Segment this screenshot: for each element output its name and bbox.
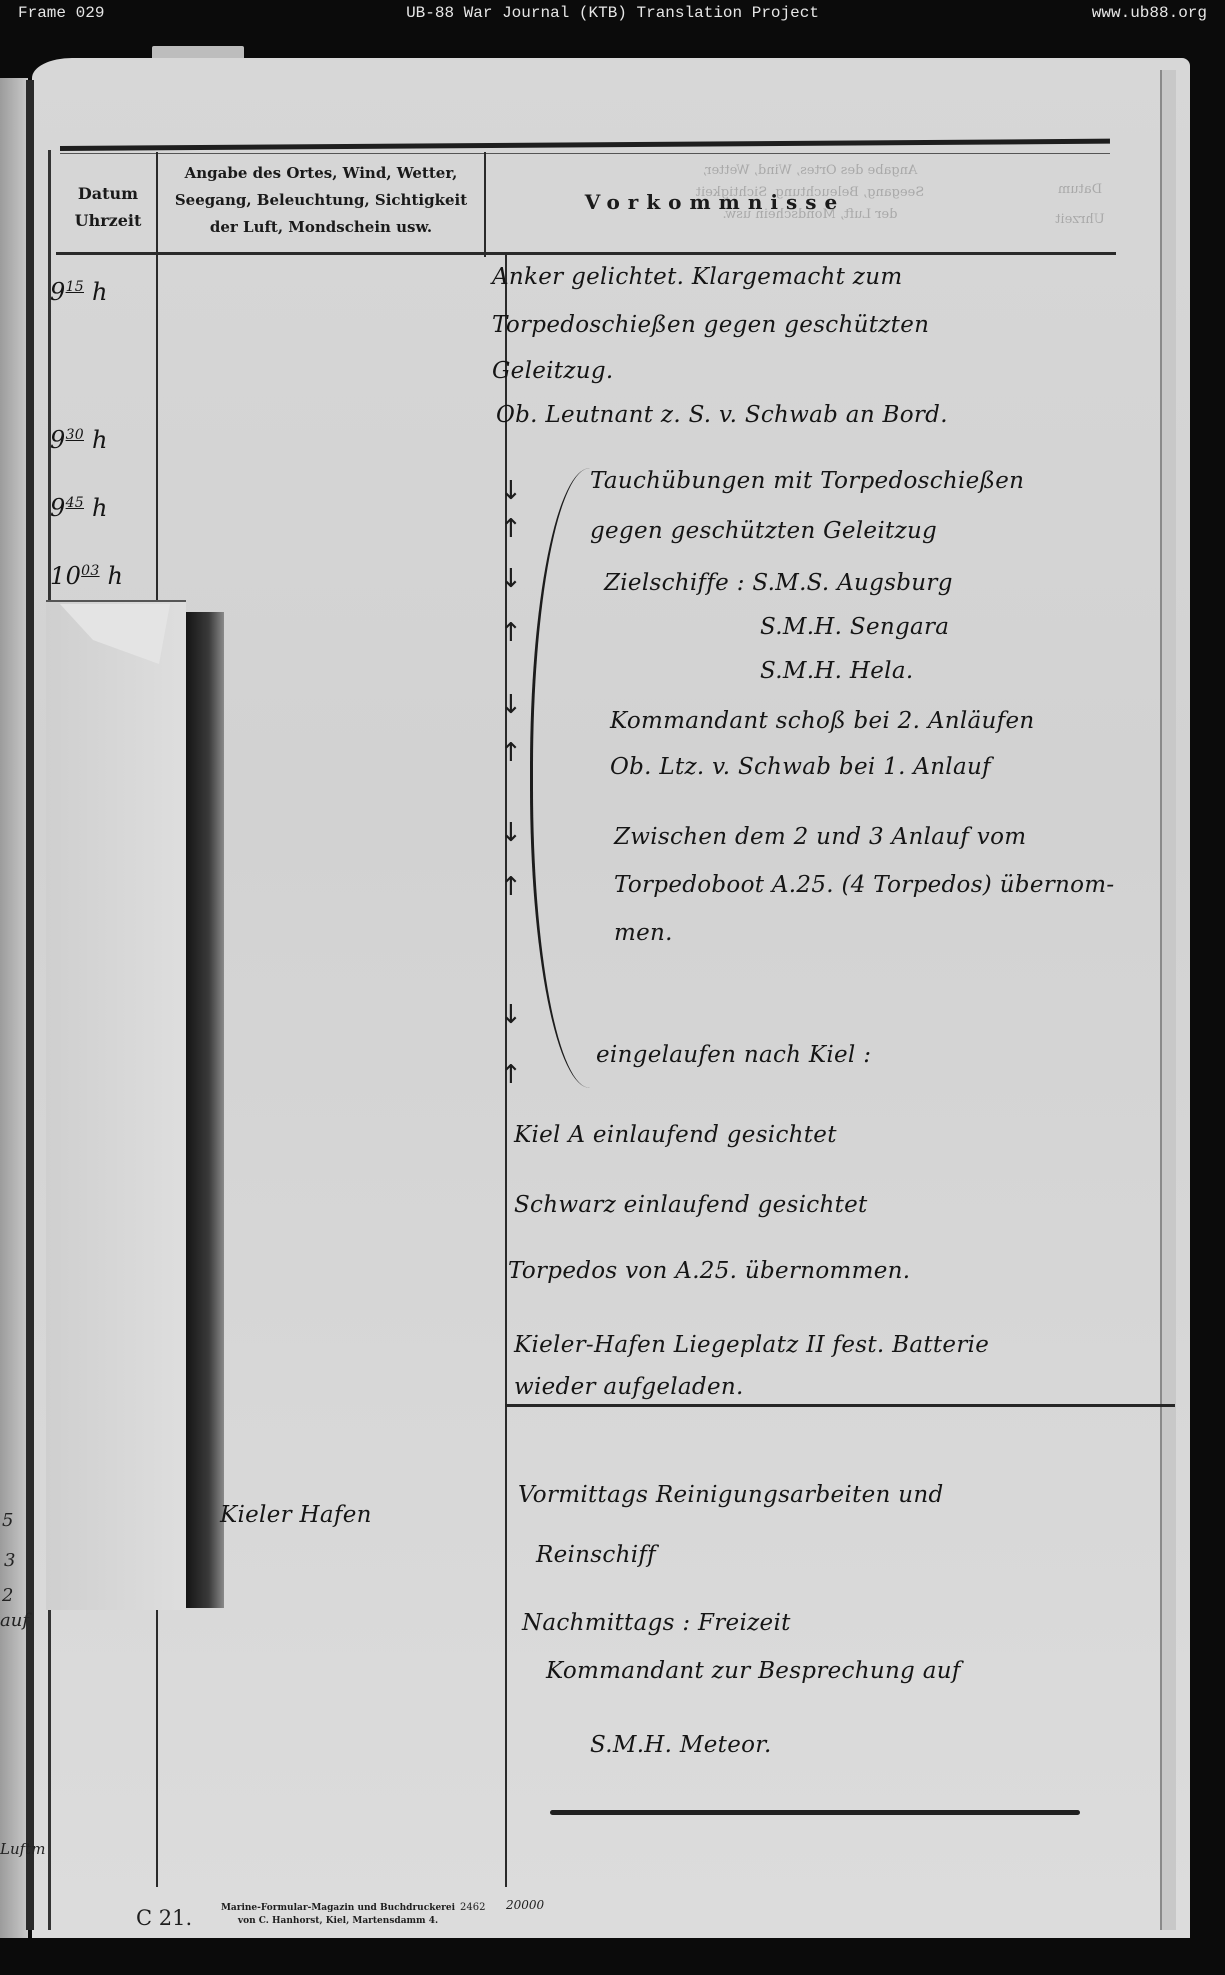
header-rule-bottom [56,252,1116,255]
time-suffix: h [92,278,108,306]
entry-line: men. [614,918,673,948]
entry-line: Torpedos von A.25. übernommen. [508,1256,910,1286]
time-hour: 9 [50,494,66,522]
bleedthrough-datum: Datum Uhrzeit [1050,175,1110,235]
entry-line: Torpedoschießen gegen geschützten [492,310,929,340]
arrow-down-icon: ↓ [500,478,522,504]
bleedthrough-line: Uhrzeit [1050,205,1110,235]
header-vorkommnisse: Vorkommnisse [490,190,940,214]
entry-line: Kommandant schoß bei 2. Anläufen [610,706,1034,736]
print-number: 2462 [460,1902,485,1913]
entry-line: Reinschiff [536,1540,656,1570]
time-hour: 9 [50,426,66,454]
time-entry: 915 h [50,272,108,307]
entry-line: Kieler-Hafen Liegeplatz II fest. Batteri… [514,1330,989,1360]
project-title: UB-88 War Journal (KTB) Translation Proj… [0,0,1225,26]
header-datum-line: Datum [62,180,154,207]
arrow-up-icon: ↑ [500,516,522,542]
column-divider-angabe-header [484,152,486,257]
time-suffix: h [92,426,108,454]
bleedthrough-line: Datum [1050,175,1110,205]
entry-line: Ob. Leutnant z. S. v. Schwab an Bord. [496,400,948,430]
header-angabe-line: Angabe des Ortes, Wind, Wetter, [160,160,482,187]
entry-line: Vormittags Reinigungsarbeiten und [518,1480,944,1510]
arrow-up-icon: ↑ [500,1062,522,1088]
entry-line: wieder aufgeladen. [514,1372,744,1402]
entry-line: Ob. Ltz. v. Schwab bei 1. Anlauf [610,752,991,782]
entry-line: S.M.H. Sengara [760,612,949,642]
header-uhrzeit-line: Uhrzeit [62,207,154,234]
arrow-up-icon: ↑ [500,740,522,766]
arrow-down-icon: ↓ [500,692,522,718]
entry-line: Nachmittags : Freizeit [522,1608,791,1638]
printer-line: von C. Hanhorst, Kiel, Martensdamm 4. [218,1915,458,1928]
entry-line: eingelaufen nach Kiel : [596,1040,871,1070]
binding-line [26,80,34,1930]
location-entry: Kieler Hafen [220,1500,372,1530]
header-angabe-line: Seegang, Beleuchtung, Sichtigkeit [160,187,482,214]
day-separator-rule [505,1404,1175,1407]
time-minute: 03 [81,563,99,579]
entry-line: Tauchübungen mit Torpedoschießen [590,466,1024,496]
time-minute: 45 [66,495,84,511]
entry-line: Zielschiffe : S.M.S. Augsburg [604,568,953,598]
entry-line: Zwischen dem 2 und 3 Anlauf vom [614,822,1026,852]
bleedthrough-line: Angabe des Ortes, Wind, Wetter, [680,160,940,182]
margin-scribble: 5 [2,1510,13,1531]
arrow-up-icon: ↑ [500,874,522,900]
caption-bar: Frame 029 UB-88 War Journal (KTB) Transl… [0,0,1225,28]
page-right-edge [1160,70,1176,1930]
header-datum: Datum Uhrzeit [62,180,154,234]
end-of-entry-rule [550,1810,1080,1815]
time-entry: 1003 h [50,556,123,591]
slip-shadow [186,612,224,1608]
entry-line: Anker gelichtet. Klargemacht zum [492,262,902,292]
run-number: 20000 [506,1898,544,1912]
time-suffix: h [92,494,108,522]
time-hour: 9 [50,278,66,306]
time-hour: 10 [50,562,81,590]
time-minute: 15 [66,279,84,295]
time-minute: 30 [66,427,84,443]
entry-line: S.M.H. Meteor. [590,1730,772,1760]
header-rule-top-thin [60,153,1110,154]
entry-line: Kiel A einlaufend gesichtet [514,1120,837,1150]
form-code: C 21. [136,1906,192,1930]
entry-line: Torpedoboot A.25. (4 Torpedos) übernom- [614,870,1114,900]
printer-imprint: Marine-Formular-Magazin und Buchdruckere… [218,1902,458,1928]
entry-line: Geleitzug. [492,356,614,386]
website-url: www.ub88.org [1092,0,1207,26]
margin-scribble: 3 [4,1550,15,1571]
entry-line: Schwarz einlaufend gesichtet [514,1190,868,1220]
arrow-down-icon: ↓ [500,1002,522,1028]
arrow-up-icon: ↑ [500,620,522,646]
pasted-paper-slip [46,600,186,1610]
header-angabe: Angabe des Ortes, Wind, Wetter, Seegang,… [160,160,482,241]
entry-line: Kommandant zur Besprechung auf [546,1656,961,1686]
entry-line: gegen geschützten Geleitzug [590,516,937,546]
previous-page-edge [0,78,28,1938]
time-suffix: h [108,562,124,590]
margin-scribble: 2 [2,1585,13,1606]
entry-line: S.M.H. Hela. [760,656,913,686]
margin-scribble: auf [0,1610,29,1631]
printer-line: Marine-Formular-Magazin und Buchdruckere… [218,1902,458,1915]
header-angabe-line: der Luft, Mondschein usw. [160,214,482,241]
arrow-down-icon: ↓ [500,820,522,846]
margin-scribble: Luftm [0,1840,45,1858]
time-entry: 930 h [50,420,108,455]
time-entry: 945 h [50,488,108,523]
arrow-down-icon: ↓ [500,566,522,592]
